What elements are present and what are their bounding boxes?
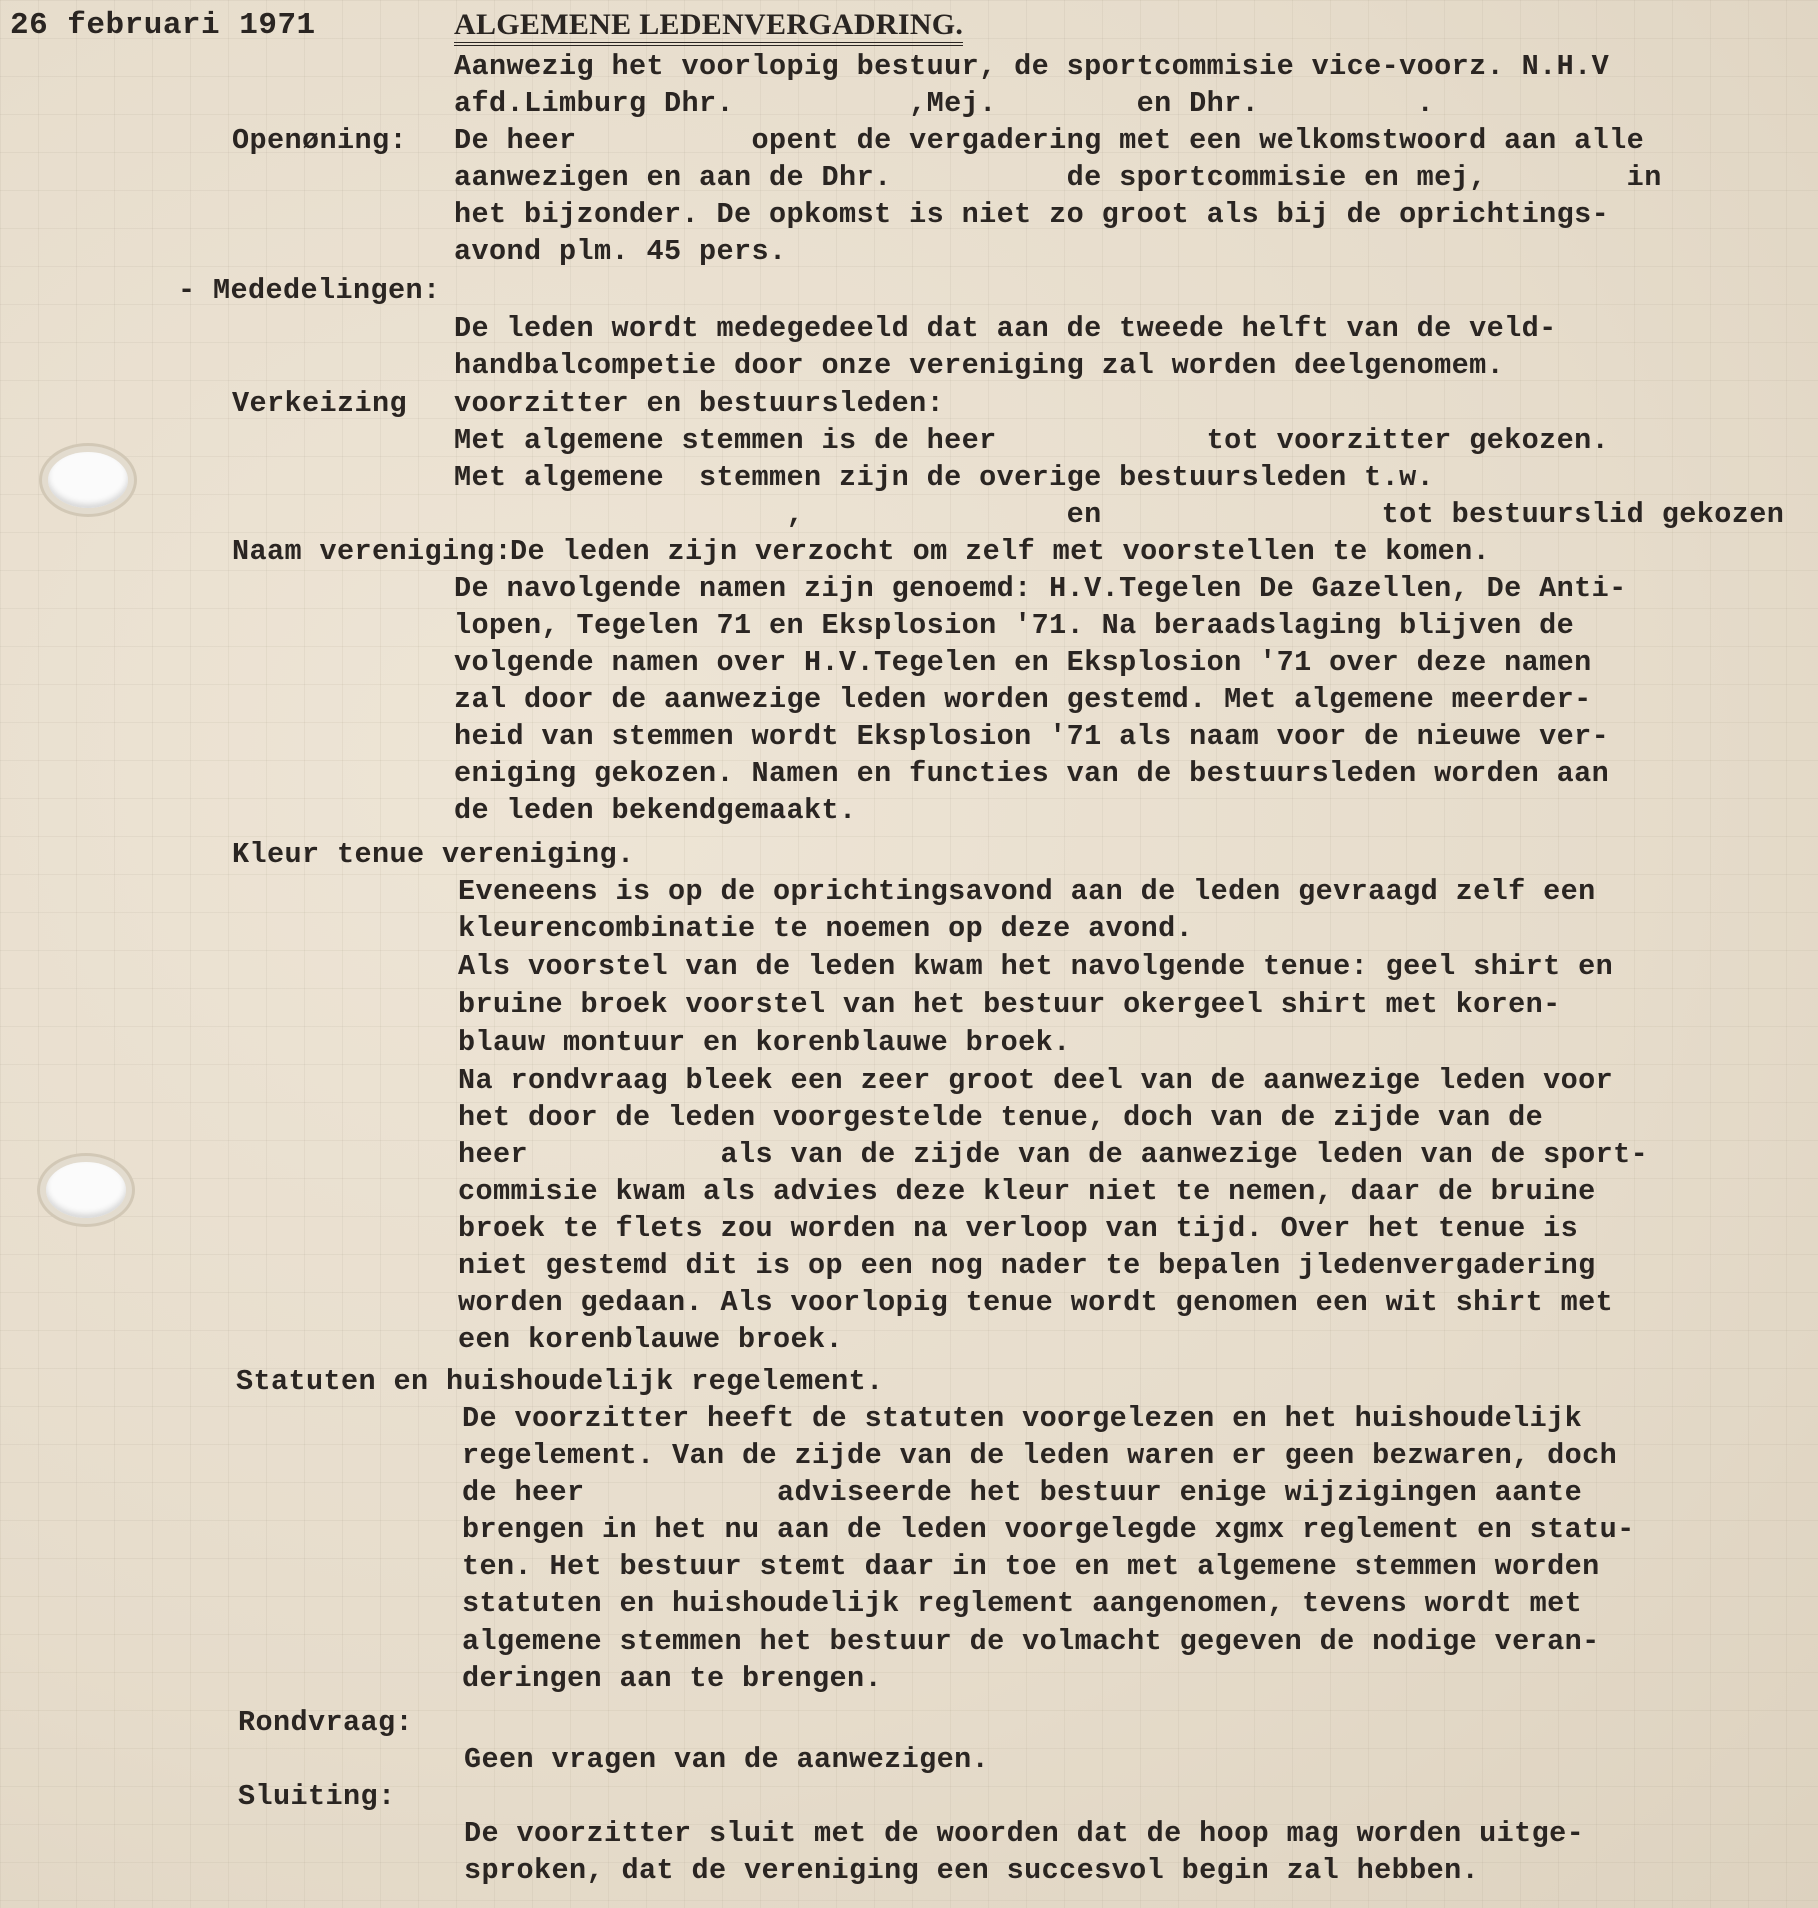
section-line: handbalcompetie door onze vereniging zal… [454, 349, 1504, 383]
section-line: een korenblauwe broek. [458, 1323, 843, 1357]
section-line: algemene stemmen het bestuur de volmacht… [462, 1625, 1600, 1659]
section-line: aanwezigen en aan de Dhr. de sportcommis… [454, 161, 1662, 195]
section-line: zal door de aanwezige leden worden geste… [454, 683, 1592, 717]
section-line: heid van stemmen wordt Eksplosion '71 al… [454, 720, 1609, 754]
section-line: regelement. Van de zijde van de leden wa… [462, 1439, 1617, 1473]
section-line: De leden wordt medegedeeld dat aan de tw… [454, 312, 1557, 346]
punch-hole-bottom [46, 1162, 126, 1218]
section-line: het bijzonder. De opkomst is niet zo gro… [454, 198, 1609, 232]
section-line: het door de leden voorgestelde tenue, do… [458, 1101, 1543, 1135]
document-title: ALGEMENE LEDENVERGADRING. [454, 8, 963, 46]
section-label: Kleur tenue vereniging. [232, 838, 635, 872]
section-label: Rondvraag: [238, 1706, 413, 1740]
section-line: eniging gekozen. Namen en functies van d… [454, 757, 1609, 791]
section-line: Met algemene stemmen is de heer tot voor… [454, 424, 1609, 458]
section-line: niet gestemd dit is op een nog nader te … [458, 1249, 1596, 1283]
section-line: volgende namen over H.V.Tegelen en Ekspl… [454, 646, 1592, 680]
intro-line: Aanwezig het voorlopig bestuur, de sport… [454, 50, 1609, 84]
section-line: Geen vragen van de aanwezigen. [464, 1743, 989, 1777]
section-line: brengen in het nu aan de leden voorgeleg… [462, 1513, 1635, 1547]
section-line: De leden zijn verzocht om zelf met voors… [510, 535, 1490, 569]
section-label: Statuten en huishoudelijk regelement. [236, 1365, 884, 1399]
section-label: Sluiting: [238, 1780, 396, 1814]
punch-hole-top [48, 452, 128, 508]
section-line: Na rondvraag bleek een zeer groot deel v… [458, 1064, 1613, 1098]
section-line: sproken, dat de vereniging een succesvol… [464, 1854, 1479, 1888]
section-line: voorzitter en bestuursleden: [454, 387, 944, 421]
section-line: kleurencombinatie te noemen op deze avon… [458, 912, 1193, 946]
section-label: Naam vereniging: [232, 535, 512, 569]
section-line: Eveneens is op de oprichtingsavond aan d… [458, 875, 1596, 909]
section-line: avond plm. 45 pers. [454, 235, 787, 269]
section-line: broek te flets zou worden na verloop van… [458, 1212, 1578, 1246]
section-line: heer als van de zijde van de aanwezige l… [458, 1138, 1648, 1172]
meeting-date: 26 februari 1971 [10, 8, 316, 43]
section-line: de leden bekendgemaakt. [454, 794, 857, 828]
section-line: , en tot bestuurslid gekozen [454, 498, 1784, 532]
section-line: De heer opent de vergadering met een wel… [454, 124, 1644, 158]
section-label: - Mededelingen: [178, 274, 441, 308]
section-line: lopen, Tegelen 71 en Eksplosion '71. Na … [454, 609, 1574, 643]
section-line: statuten en huishoudelijk reglement aang… [462, 1587, 1582, 1621]
section-line: Als voorstel van de leden kwam het navol… [458, 950, 1613, 984]
section-label: Openøning: [232, 124, 407, 158]
section-line: ten. Het bestuur stemt daar in toe en me… [462, 1550, 1600, 1584]
intro-line: afd.Limburg Dhr. ,Mej. en Dhr. . [454, 87, 1434, 121]
section-label: Verkeizing [232, 387, 407, 421]
section-line: De voorzitter heeft de statuten voorgele… [462, 1402, 1582, 1436]
section-line: Met algemene stemmen zijn de overige bes… [454, 461, 1434, 495]
section-line: de heer adviseerde het bestuur enige wij… [462, 1476, 1582, 1510]
section-line: commisie kwam als advies deze kleur niet… [458, 1175, 1596, 1209]
section-line: worden gedaan. Als voorlopig tenue wordt… [458, 1286, 1613, 1320]
section-line: blauw montuur en korenblauwe broek. [458, 1026, 1071, 1060]
section-line: De voorzitter sluit met de woorden dat d… [464, 1817, 1584, 1851]
section-line: bruine broek voorstel van het bestuur ok… [458, 988, 1561, 1022]
section-line: De navolgende namen zijn genoemd: H.V.Te… [454, 572, 1627, 606]
section-line: deringen aan te brengen. [462, 1662, 882, 1696]
